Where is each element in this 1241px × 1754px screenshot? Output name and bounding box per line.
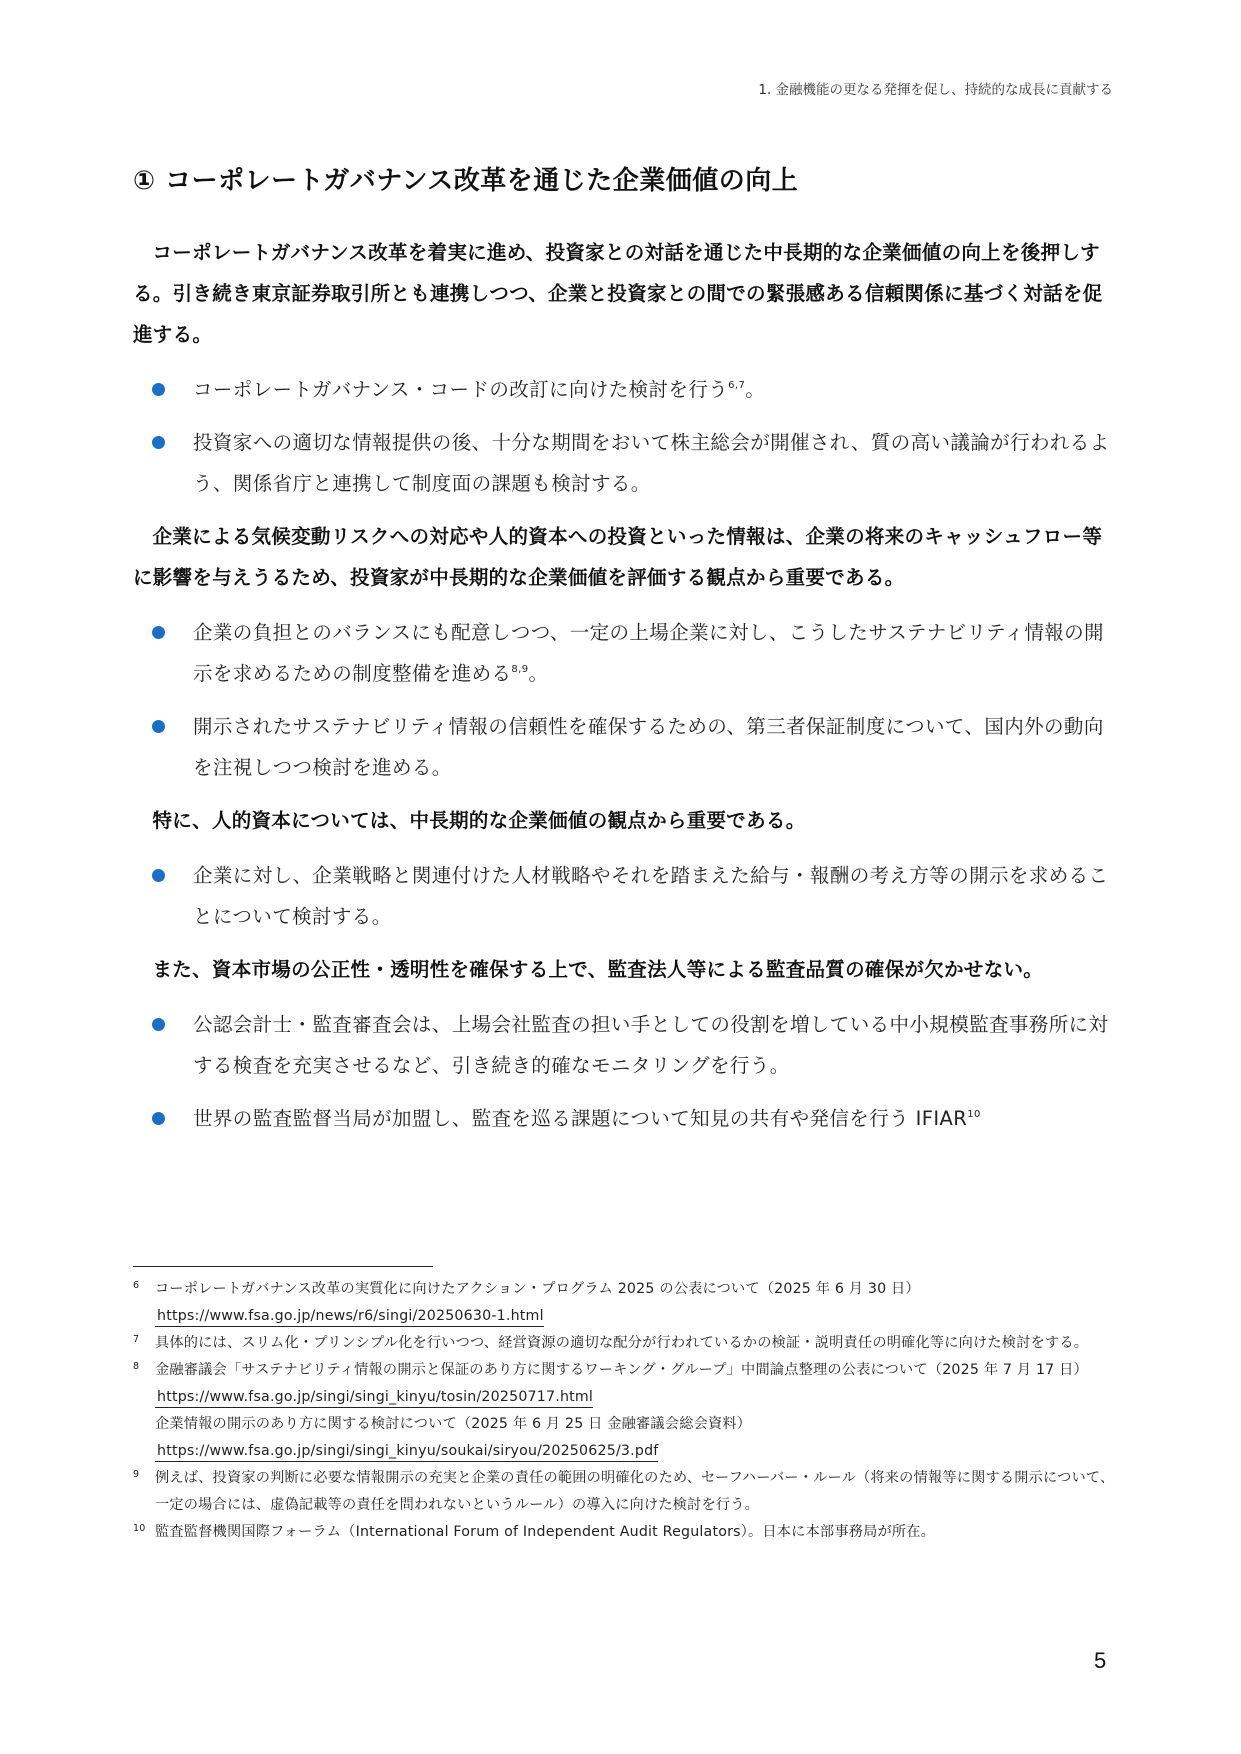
bullet-icon — [152, 626, 165, 639]
list-item: コーポレートガバナンス・コードの改訂に向けた検討を行う6,7。 — [133, 369, 1113, 410]
footnote-link[interactable]: https://www.fsa.go.jp/singi/singi_kinyu/… — [155, 1441, 658, 1462]
list-item: 世界の監査監督当局が加盟し、監査を巡る課題について知見の共有や発信を行う IFI… — [133, 1098, 1113, 1139]
list-item: 企業に対し、企業戦略と関連付けた人材戦略やそれを踏まえた給与・報酬の考え方等の開… — [133, 855, 1113, 937]
list-item: 企業の負担とのバランスにも配意しつつ、一定の上場企業に対し、こうしたサステナビリ… — [133, 612, 1113, 694]
footnote-10: 10 監査監督機関国際フォーラム（International Forum of … — [133, 1519, 1118, 1546]
footnote-link[interactable]: https://www.fsa.go.jp/singi/singi_kinyu/… — [155, 1387, 593, 1408]
lead-paragraph: 企業による気候変動リスクへの対応や人的資本への投資といった情報は、企業の将来のキ… — [133, 516, 1113, 598]
running-header: 1. 金融機能の更なる発揮を促し、持続的な成長に貢献する — [758, 78, 1113, 98]
bullet-icon — [152, 1018, 165, 1031]
bullet-list: 企業の負担とのバランスにも配意しつつ、一定の上場企業に対し、こうしたサステナビリ… — [133, 612, 1113, 788]
footnote-6: 6 コーポレートガバナンス改革の実質化に向けたアクション・プログラム 2025 … — [133, 1276, 1118, 1330]
footnote-9: 9 例えば、投資家の判断に必要な情報開示の充実と企業の責任の範囲の明確化のため、… — [133, 1465, 1118, 1519]
bullet-list: 公認会計士・監査審査会は、上場会社監査の担い手としての役割を増している中小規模監… — [133, 1004, 1113, 1139]
footnotes: 6 コーポレートガバナンス改革の実質化に向けたアクション・プログラム 2025 … — [133, 1276, 1118, 1546]
footnote-ref[interactable]: 10 — [967, 1109, 981, 1120]
list-item: 開示されたサステナビリティ情報の信頼性を確保するための、第三者保証制度について、… — [133, 706, 1113, 788]
bullet-icon — [152, 869, 165, 882]
footnote-8: 8 金融審議会「サステナビリティ情報の開示と保証のあり方に関するワーキング・グル… — [133, 1357, 1118, 1465]
footnote-divider — [133, 1266, 433, 1267]
bullet-icon — [152, 720, 165, 733]
list-item: 公認会計士・監査審査会は、上場会社監査の担い手としての役割を増している中小規模監… — [133, 1004, 1113, 1086]
bullet-icon — [152, 436, 165, 449]
bullet-icon — [152, 1112, 165, 1125]
list-item: 投資家への適切な情報提供の後、十分な期間をおいて株主総会が開催され、質の高い議論… — [133, 422, 1113, 504]
footnote-link[interactable]: https://www.fsa.go.jp/news/r6/singi/2025… — [155, 1306, 544, 1327]
bullet-list: 企業に対し、企業戦略と関連付けた人材戦略やそれを踏まえた給与・報酬の考え方等の開… — [133, 855, 1113, 937]
footnote-ref[interactable]: 8,9 — [511, 664, 528, 675]
footnote-ref[interactable]: 6,7 — [728, 380, 745, 391]
footnote-7: 7 具体的には、スリム化・プリンシプル化を行いつつ、経営資源の適切な配分が行われ… — [133, 1330, 1118, 1357]
lead-paragraph: コーポレートガバナンス改革を着実に進め、投資家との対話を通じた中長期的な企業価値… — [133, 232, 1113, 355]
lead-paragraph: 特に、人的資本については、中長期的な企業価値の観点から重要である。 — [133, 800, 1113, 841]
lead-paragraph: また、資本市場の公正性・透明性を確保する上で、監査法人等による監査品質の確保が欠… — [133, 949, 1113, 990]
bullet-list: コーポレートガバナンス・コードの改訂に向けた検討を行う6,7。 投資家への適切な… — [133, 369, 1113, 504]
body-content: コーポレートガバナンス改革を着実に進め、投資家との対話を通じた中長期的な企業価値… — [133, 232, 1113, 1151]
bullet-icon — [152, 383, 165, 396]
section-title: ① コーポレートガバナンス改革を通じた企業価値の向上 — [133, 160, 798, 197]
page-number: 5 — [1094, 1648, 1106, 1674]
